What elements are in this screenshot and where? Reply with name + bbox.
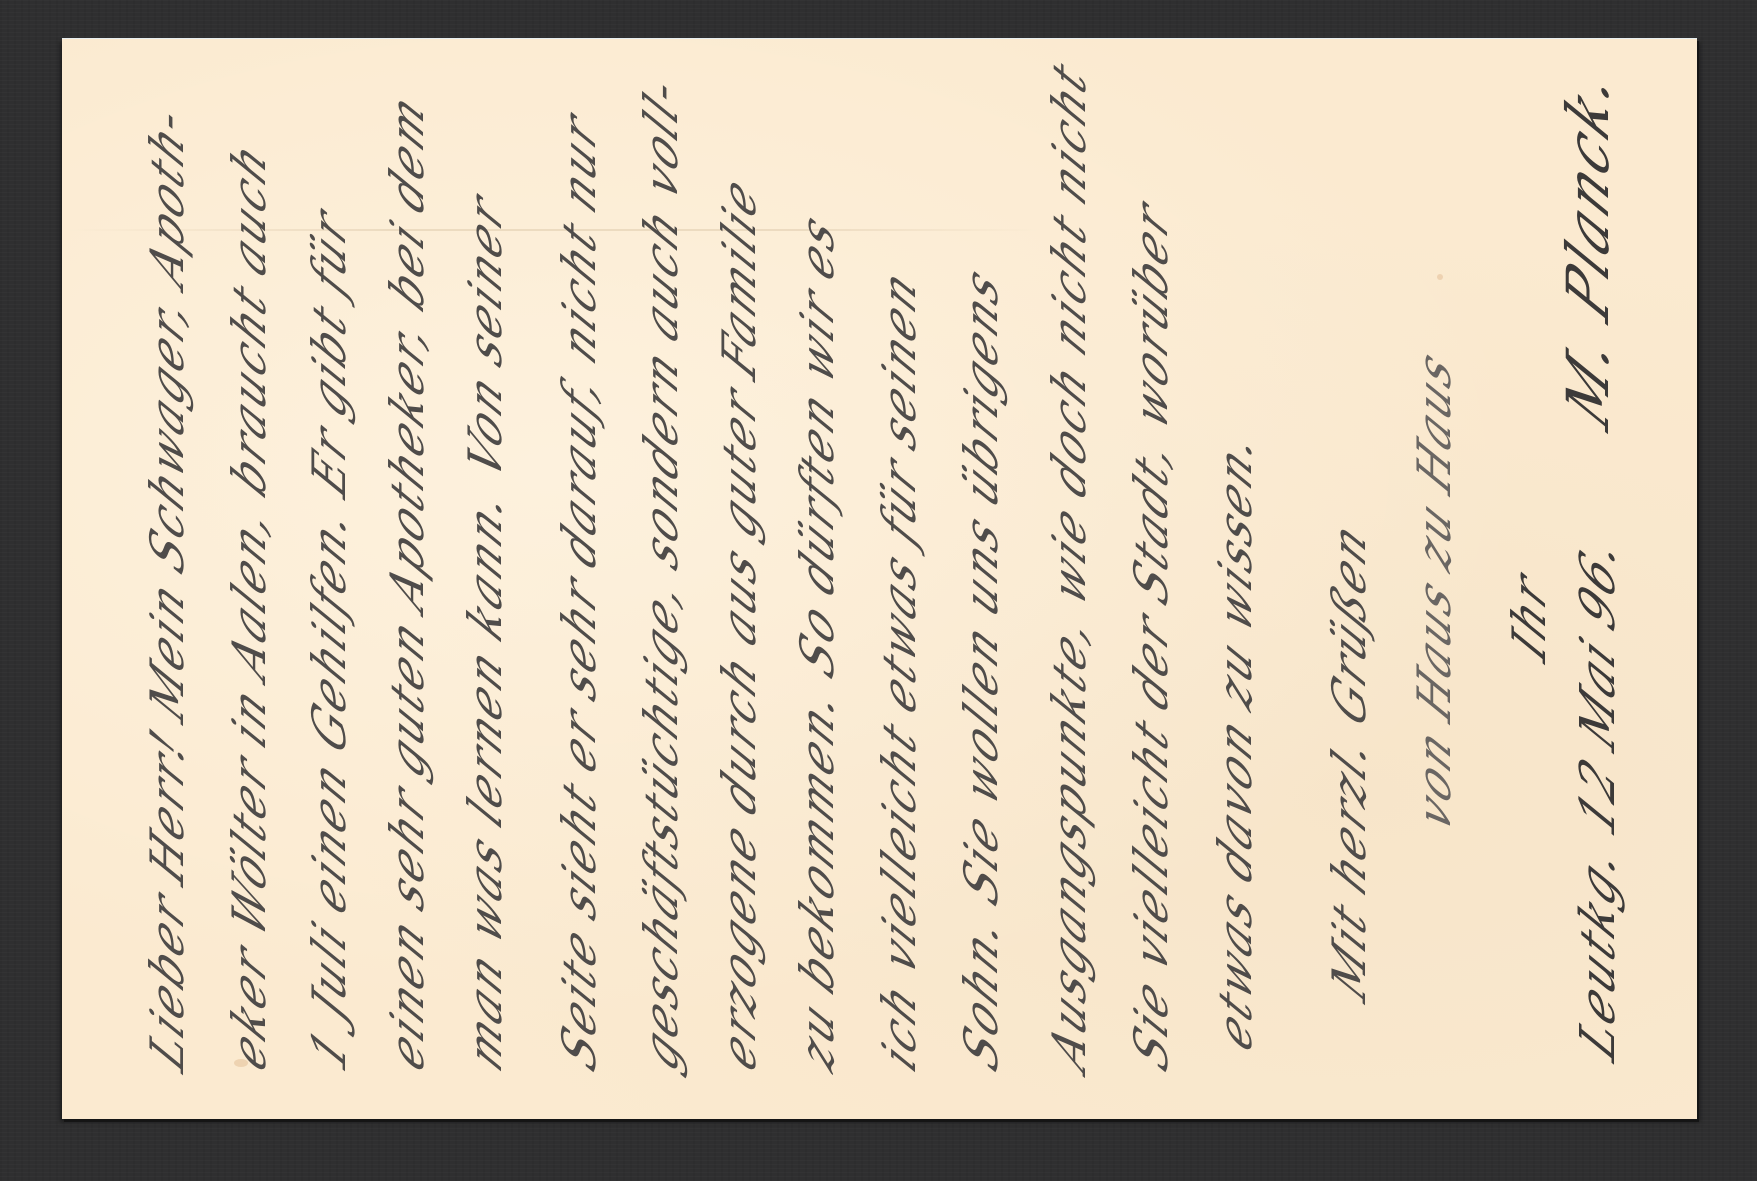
letter-line-3: 1 Juli einen Gehilfen. Er gibt für xyxy=(306,198,352,1079)
letter-line-7: geschäftstüchtige, sondern auch voll- xyxy=(638,65,684,1079)
letter-line-6: Seite sieht er sehr darauf, nicht nur xyxy=(556,102,602,1079)
letter-line-8: erzogene durch aus guter Familie xyxy=(716,166,762,1079)
letter-line-10: ich vielleicht etwas für seinen xyxy=(876,259,922,1079)
handwritten-text: Lieber Herr! Mein Schwager, Apoth- eker … xyxy=(62,39,1697,1119)
letter-line-13: Sie vielleicht der Stadt, worüber xyxy=(1128,190,1174,1079)
date-line: Leutkg. 12 Mai 96. xyxy=(1574,523,1622,1069)
letter-line-1: Lieber Herr! Mein Schwager, Apoth- xyxy=(144,94,190,1079)
letter-closing: Ihr xyxy=(1506,561,1552,669)
letter-line-9: zu bekommen. So dürften wir es xyxy=(794,203,840,1079)
postcard: Lieber Herr! Mein Schwager, Apoth- eker … xyxy=(62,38,1697,1119)
letter-line-4: einen sehr guten Apotheker, bei dem xyxy=(384,83,430,1079)
letter-line-12: Ausgangspunkte, wie doch nicht nicht xyxy=(1046,51,1092,1079)
letter-line-16: von Haus zu Haus xyxy=(1411,340,1457,839)
letter-line-14: etwas davon zu wissen. xyxy=(1212,417,1258,1059)
letter-line-15: Mit herzl. Grüßen xyxy=(1326,511,1372,1009)
letter-line-5: man was lernen kann. Von seiner xyxy=(462,183,508,1079)
letter-line-2: eker Wölter in Aalen, braucht auch xyxy=(226,131,272,1079)
letter-line-11: Sohn. Sie wollen uns übrigens xyxy=(958,256,1004,1079)
signature: M. Planck. xyxy=(1559,51,1617,439)
